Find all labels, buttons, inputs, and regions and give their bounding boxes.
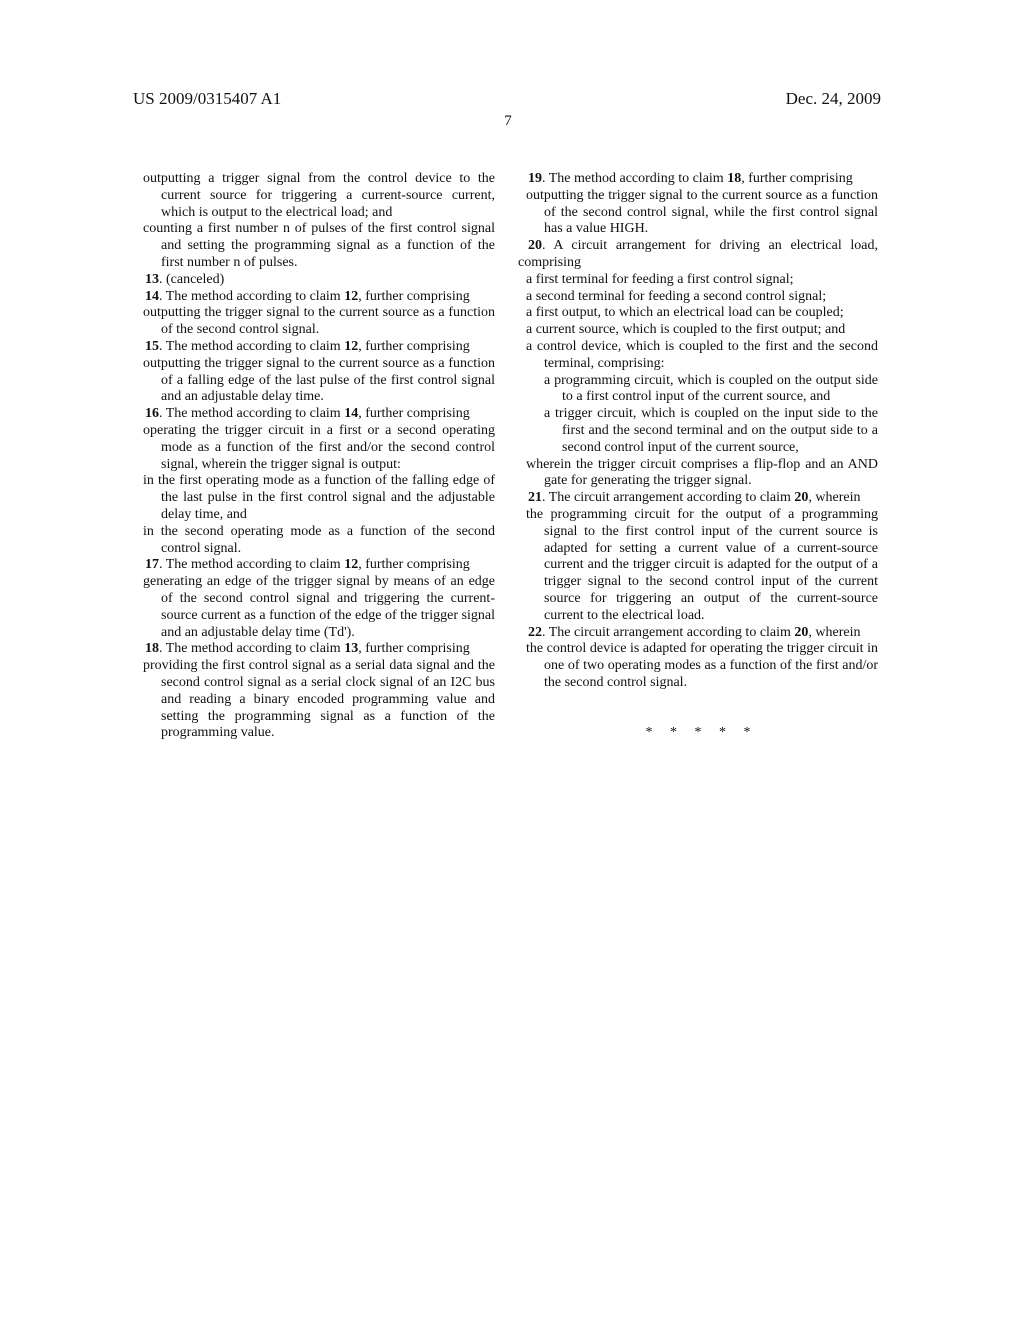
- claim-clause: the programming circuit for the output o…: [518, 507, 878, 625]
- claims-column-left: outputting a trigger signal from the con…: [135, 171, 495, 742]
- claim-heading: 20. A circuit arrangement for driving an…: [518, 238, 878, 272]
- end-of-claims-separator: * * * * *: [518, 725, 878, 742]
- claim-heading: 18. The method according to claim 13, fu…: [135, 641, 495, 658]
- claim-clause: a first terminal for feeding a first con…: [518, 272, 878, 289]
- claim-heading: 14. The method according to claim 12, fu…: [135, 289, 495, 306]
- claim-clause: providing the first control signal as a …: [135, 658, 495, 742]
- patent-document-page: US 2009/0315407 A1 Dec. 24, 2009 7 outpu…: [0, 0, 1024, 1320]
- claim-clause: a first output, to which an electrical l…: [518, 305, 878, 322]
- claim-heading: 13. (canceled): [135, 272, 495, 289]
- claim-heading: 17. The method according to claim 12, fu…: [135, 557, 495, 574]
- claim-clause: a control device, which is coupled to th…: [518, 339, 878, 373]
- claim-clause: outputting the trigger signal to the cur…: [518, 188, 878, 238]
- claim-clause: outputting the trigger signal to the cur…: [135, 305, 495, 339]
- claim-heading: 16. The method according to claim 14, fu…: [135, 406, 495, 423]
- claim-clause: a programming circuit, which is coupled …: [518, 373, 878, 407]
- claim-clause: wherein the trigger circuit comprises a …: [518, 457, 878, 491]
- claim-heading: 22. The circuit arrangement according to…: [518, 625, 878, 642]
- claim-clause: outputting the trigger signal to the cur…: [135, 356, 495, 406]
- claim-clause: a current source, which is coupled to th…: [518, 322, 878, 339]
- claim-clause: counting a first number n of pulses of t…: [135, 221, 495, 271]
- claims-column-right: 19. The method according to claim 18, fu…: [518, 171, 878, 742]
- claim-clause: a trigger circuit, which is coupled on t…: [518, 406, 878, 456]
- claim-clause: operating the trigger circuit in a first…: [135, 423, 495, 473]
- claim-clause: in the second operating mode as a functi…: [135, 524, 495, 558]
- claim-clause: generating an edge of the trigger signal…: [135, 574, 495, 641]
- patent-publication-number: US 2009/0315407 A1: [133, 89, 281, 109]
- claim-clause: the control device is adapted for operat…: [518, 641, 878, 691]
- page-number: 7: [134, 113, 882, 130]
- claim-heading: 15. The method according to claim 12, fu…: [135, 339, 495, 356]
- claim-clause: in the first operating mode as a functio…: [135, 473, 495, 523]
- claim-clause: a second terminal for feeding a second c…: [518, 289, 878, 306]
- claim-heading: 21. The circuit arrangement according to…: [518, 490, 878, 507]
- claim-heading: 19. The method according to claim 18, fu…: [518, 171, 878, 188]
- claim-clause: outputting a trigger signal from the con…: [135, 171, 495, 221]
- publication-date: Dec. 24, 2009: [786, 89, 881, 109]
